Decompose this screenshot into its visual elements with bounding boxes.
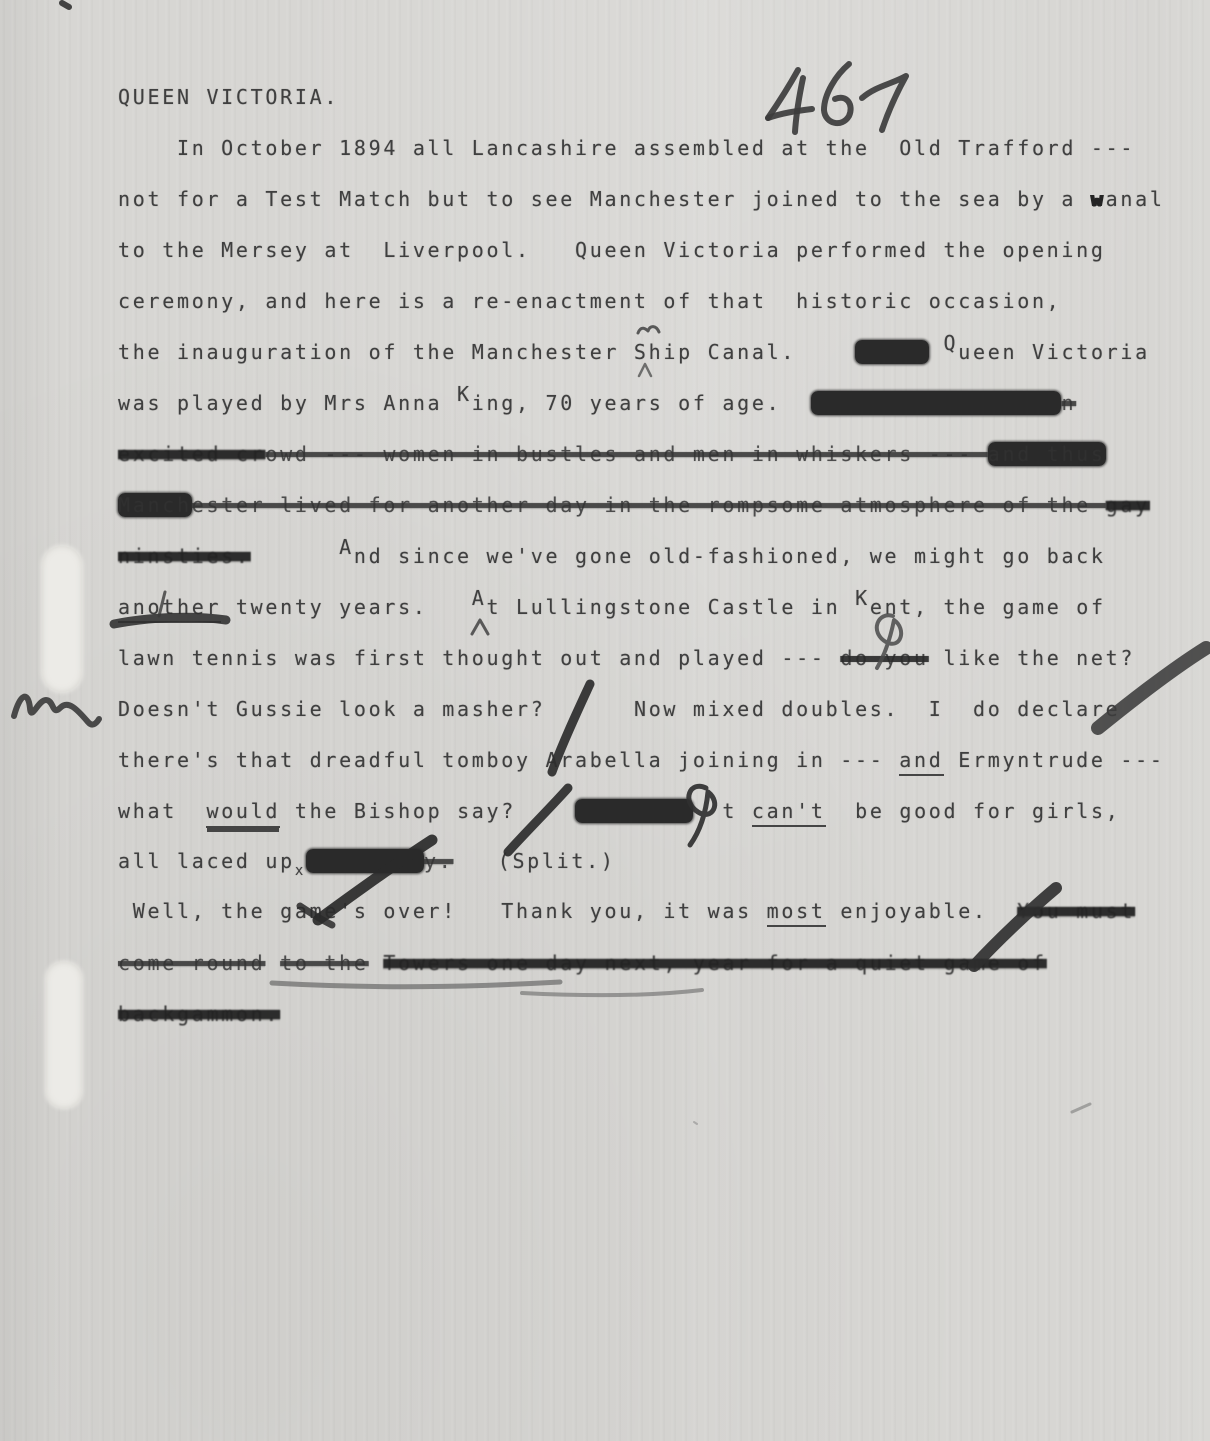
typescript-text: can't	[752, 799, 826, 827]
typescript-text: Ermyntrude ---	[944, 748, 1165, 772]
typescript-text: most	[767, 899, 826, 927]
typescript-text: y.	[424, 849, 453, 873]
typescript-text: ent, the game of	[870, 595, 1106, 619]
typescript-line: ninsties. And since we've gone old-fashi…	[118, 543, 1106, 569]
redacted-text	[575, 799, 693, 823]
typescript-text: In October 1894 all Lancashire assembled…	[118, 136, 1135, 160]
proof-breve-over-ship	[638, 327, 659, 333]
typescript-line: backgammon.	[118, 1001, 280, 1027]
typescript-text: the inauguration of the Manchester Ship …	[118, 340, 855, 364]
margin-scribble	[14, 697, 99, 725]
faint-dash-lower-right	[1072, 1104, 1090, 1112]
typescript-text: n	[1061, 391, 1076, 415]
speck-top-edge	[62, 3, 69, 7]
typescript-text: Towers one day next, year for a quiet ga…	[383, 951, 1046, 975]
typescript-line: to the Mersey at Liverpool. Queen Victor…	[118, 237, 1106, 263]
typescript-line: lawn tennis was first thought out and pl…	[118, 645, 1135, 671]
redacted-text: Manch	[118, 493, 192, 517]
pagenum-467-digit4-c	[795, 78, 803, 132]
typescript-text: there's that dreadful tomboy Arabella jo…	[118, 748, 899, 772]
typescript-text: come round	[118, 951, 265, 975]
typescript-text: owd --- women in bustles and men in whis…	[265, 442, 987, 466]
typescript-text: to the Mersey at Liverpool. Queen Victor…	[118, 238, 1106, 262]
typescript-text	[693, 799, 722, 823]
pagenum-467-digit6	[824, 64, 851, 123]
typescript-line: was played by Mrs Anna King, 70 years of…	[118, 390, 1076, 416]
typescript-text: ueen Victoria	[958, 340, 1150, 364]
typescript-text: x	[295, 863, 306, 879]
typescript-text: t Lullingstone Castle in	[487, 595, 856, 619]
typescript-text: like the net?	[929, 646, 1135, 670]
typescript-text: Now mixed doubles. I do declare	[634, 697, 1120, 721]
typescript-line: Manchester lived for another day in the …	[118, 492, 1150, 518]
pagenum-467-digit7	[862, 76, 906, 130]
typescript-line: what would the Bishop say? t can't be go…	[118, 798, 1120, 828]
typescript-text	[546, 697, 634, 721]
typescript-text: ninsties.	[118, 544, 251, 568]
typescript-text: the Bishop say?	[280, 799, 516, 823]
typescript-text: A	[472, 586, 487, 610]
typescript-line: another twenty years. At Lullingstone Ca…	[118, 594, 1106, 620]
typescript-text: another	[118, 595, 221, 623]
typescript-line: not for a Test Match but to see Manchest…	[118, 186, 1165, 212]
typescript-text: anal	[1106, 187, 1165, 211]
proof-caret-under-at	[472, 620, 488, 634]
typescript-text: backgammon.	[118, 1002, 280, 1026]
typescript-text	[251, 544, 339, 568]
typescript-text	[929, 340, 944, 364]
redacted-text	[306, 849, 424, 873]
redacted-text	[811, 391, 1062, 415]
typescript-text: K	[457, 382, 472, 406]
typescript-line: the inauguration of the Manchester Ship …	[118, 339, 1150, 365]
document-title: QUEEN VICTORIA.	[118, 84, 339, 110]
pagenum-467-digit4-a	[768, 70, 798, 118]
typescript-text	[265, 951, 280, 975]
typescript-text	[369, 951, 384, 975]
typescript-text: w	[1091, 187, 1106, 211]
typescript-text: and	[899, 748, 943, 776]
redacted-text	[855, 340, 929, 364]
typescript-text: lawn tennis was first thought out and pl…	[118, 646, 840, 670]
typescript-text: ester lived for another day in the romps…	[192, 493, 1106, 517]
typescript-text	[453, 849, 497, 873]
typescript-line: Well, the game's over! Thank you, it was…	[118, 898, 1135, 924]
typescript-text: A	[339, 535, 354, 559]
typescript-line: Doesn't Gussie look a masher? Now mixed …	[118, 696, 1120, 722]
typescript-text: t	[722, 799, 751, 823]
typescript-text: to the	[280, 951, 368, 975]
typescript-text: K	[855, 586, 870, 610]
typescript-text: ceremony, and here is a re-enactment of …	[118, 289, 1061, 313]
typescript-text	[516, 799, 575, 823]
typescript-text: excited cr	[118, 442, 265, 466]
typescript-text: gay	[1106, 493, 1150, 517]
correction-fluid-patch-lower	[46, 962, 82, 1108]
typescript-text: would	[206, 798, 280, 828]
typescript-line: ceremony, and here is a re-enactment of …	[118, 288, 1061, 314]
typescript-text: nd since we've gone old-fashioned, we mi…	[354, 544, 1106, 568]
typescript-text: was played by Mrs Anna	[118, 391, 457, 415]
typescript-line: excited crowd --- women in bustles and m…	[118, 441, 1106, 467]
typescript-line: come round to the Towers one day next, y…	[118, 950, 1047, 976]
typescript-text: all laced up	[118, 849, 295, 873]
correction-fluid-patch-upper	[42, 546, 82, 692]
typescript-text: Doesn't Gussie look a masher?	[118, 697, 546, 721]
pagenum-467-digit4-b	[768, 109, 812, 118]
stray-strike-below-towers	[522, 990, 702, 995]
redacted-text: and thus	[988, 442, 1106, 466]
typescript-text: be good for girls,	[826, 799, 1121, 823]
typescript-text: Well, the game's over! Thank you, it was	[118, 899, 767, 923]
typescript-text: do you	[840, 646, 928, 670]
typescript-text: (Split.)	[498, 849, 616, 873]
typescript-line: all laced upx y. (Split.)	[118, 848, 616, 877]
document-page: QUEEN VICTORIA. In October 1894 all Lanc…	[0, 0, 1210, 1441]
typescript-text: ing, 70 years of age.	[472, 391, 811, 415]
typescript-text: enjoyable.	[826, 899, 988, 923]
faint-speck-lower-middle	[694, 1122, 697, 1124]
typescript-text: You must	[1017, 899, 1135, 923]
typescript-text: twenty years.	[221, 595, 472, 619]
typescript-text: what	[118, 799, 206, 823]
proof-caret-under-ship	[639, 364, 651, 376]
typescript-text: Q	[944, 331, 959, 355]
typescript-line: there's that dreadful tomboy Arabella jo…	[118, 747, 1165, 773]
typescript-line: In October 1894 all Lancashire assembled…	[118, 135, 1135, 161]
typescript-text: not for a Test Match but to see Manchest…	[118, 187, 1091, 211]
stray-strike-below-come-round	[272, 982, 560, 987]
typescript-text	[988, 899, 1017, 923]
